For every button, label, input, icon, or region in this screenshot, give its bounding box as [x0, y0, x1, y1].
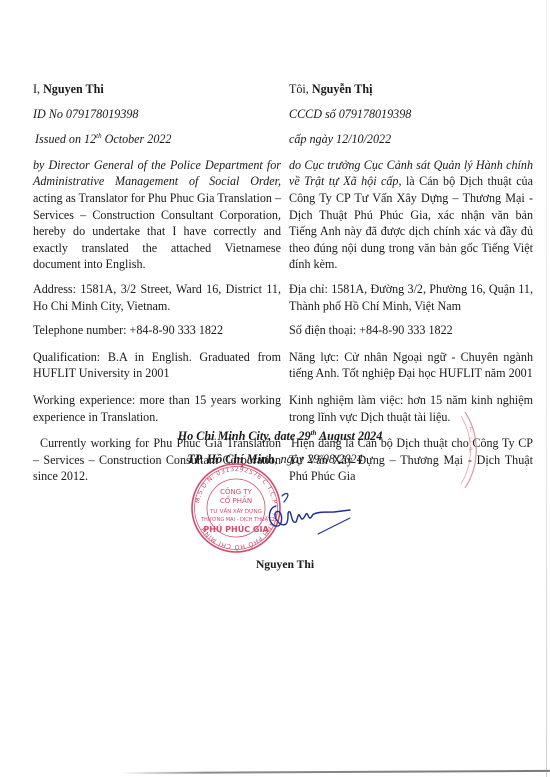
qualification-vi: Năng lực: Cử nhân Ngoại ngữ - Chuyên ngà…: [289, 349, 533, 382]
qualification-en: Qualification: B.A in English. Graduated…: [33, 349, 281, 382]
svg-text:PHÚ PHÚC GIA: PHÚ PHÚC GIA: [203, 523, 269, 534]
svg-text:CÔNG TY: CÔNG TY: [220, 487, 253, 496]
authority-statement-vi: do Cục trưởng Cục Cảnh sát Quản lý Hành …: [289, 157, 533, 273]
address-en: Address: 1581A, 3/2 Street, Ward 16, Dis…: [33, 281, 281, 314]
page-edge-right: [546, 0, 547, 777]
issued-date-en: Issued on 12th October 2022: [33, 131, 281, 148]
svg-text:TƯ VẤN XÂY DỰNG: TƯ VẤN XÂY DỰNG: [209, 507, 262, 515]
id-number-vi: CCCD số 079178019398: [289, 106, 533, 123]
translator-name-vi: Tôi, Nguyễn Thị: [289, 81, 533, 98]
signature-icon: [262, 488, 352, 543]
svg-text:CỔ PHẦN: CỔ PHẦN: [220, 495, 252, 505]
experience-en: Working experience: more than 15 years w…: [33, 392, 281, 425]
issued-date-vi: cấp ngày 12/10/2022: [289, 131, 533, 148]
signer-name: Nguyen Thi: [0, 558, 550, 571]
telephone-en: Telephone number: +84-8-90 333 1822: [33, 322, 281, 339]
svg-text:TCP: TCP: [468, 427, 473, 454]
partial-stamp-icon: TCP: [455, 410, 515, 490]
id-number-en: ID No 079178019398: [33, 106, 281, 123]
translator-name-en: I, Nguyen Thi: [33, 81, 281, 98]
address-vi: Địa chỉ: 1581A, Đường 3/2, Phường 16, Qu…: [289, 281, 533, 314]
authority-statement-en: by Director General of the Police Depart…: [33, 157, 281, 273]
telephone-vi: Số điện thoại: +84-8-90 333 1822: [289, 322, 533, 339]
page-edge-bottom: [120, 770, 550, 774]
